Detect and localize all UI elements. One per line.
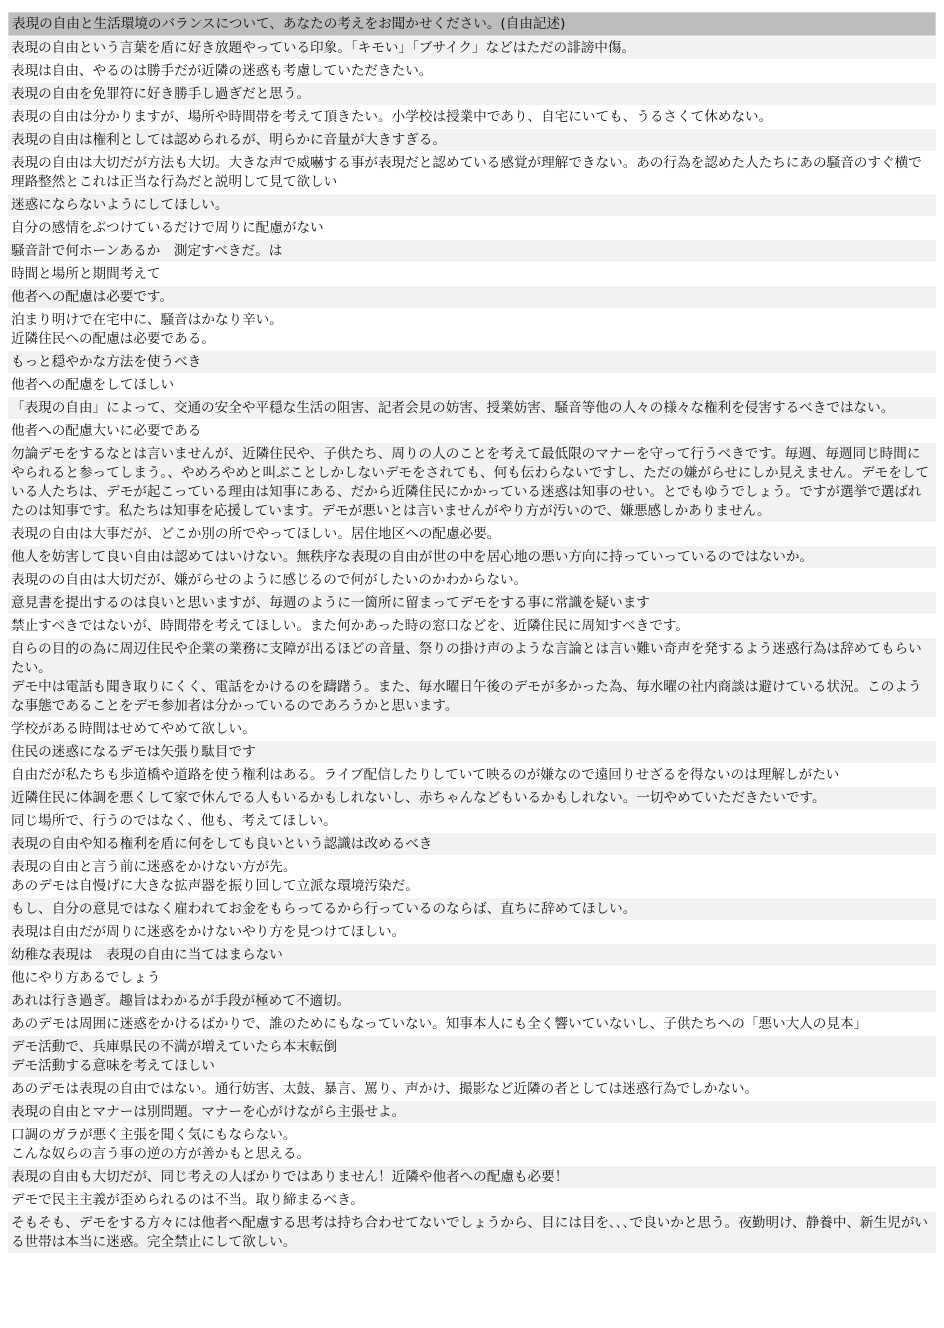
- table-row: 同じ場所で、行うのではなく、他も、考えてほしい。: [8, 809, 936, 832]
- table-row: 自らの目的の為に周辺住民や企業の業務に支障が出るほどの音量、祭りの掛け声のような…: [8, 637, 936, 717]
- table-row: 自分の感情をぶつけているだけで周りに配慮がない: [8, 216, 936, 239]
- table-row: あのデモは表現の自由ではない。通行妨害、太鼓、暴言、罵り、声かけ、撮影など近隣の…: [8, 1077, 936, 1100]
- table-row: 禁止すべきではないが、時間帯を考えてほしい。また何かあった時の窓口などを、近隣住…: [8, 614, 936, 637]
- table-row: 表現の自由は分かりますが、場所や時間帯を考えて頂きたい。小学校は授業中であり、自…: [8, 105, 936, 128]
- table-row: 他にやり方あるでしょう: [8, 966, 936, 989]
- table-header: 表現の自由と生活環境のバランスについて、あなたの考えをお聞かせください。(自由記…: [8, 12, 936, 36]
- table-row: 他人を妨害して良い自由は認めてはいけない。無秩序な表現の自由が世の中を居心地の悪…: [8, 545, 936, 568]
- table-row: 「表現の自由」によって、交通の安全や平穏な生活の阻害、記者会見の妨害、授業妨害、…: [8, 396, 936, 419]
- table-row: 騒音計で何ホーンあるか 測定すべきだ。は: [8, 239, 936, 262]
- table-row: 自由だが私たちも歩道橋や道路を使う権利はある。ライブ配信したりしていて映るのが嫌…: [8, 763, 936, 786]
- table-row: あれは行き過ぎ。趣旨はわかるが手段が極めて不適切。: [8, 989, 936, 1012]
- table-row: 表現の自由と言う前に迷惑をかけない方が先。 あのデモは自慢げに大きな拡声器を振り…: [8, 855, 936, 897]
- table-row: 表現の自由という言葉を盾に好き放題やっている印象。「キモい」「ブサイク」などはた…: [8, 36, 936, 59]
- table-row: 表現のの自由は大切だが、嫌がらせのように感じるので何がしたいのかわからない。: [8, 568, 936, 591]
- table-row: 表現の自由は大切だが方法も大切。大きな声で威嚇する事が表現だと認めている感覚が理…: [8, 151, 936, 193]
- table-row: そもそも、デモをする方々には他者へ配慮する思考は持ち合わせてないでしょうから、目…: [8, 1211, 936, 1253]
- table-row: あのデモは周囲に迷惑をかけるばかりで、誰のためにもなっていない。知事本人にも全く…: [8, 1012, 936, 1035]
- table-row: 迷惑にならないようにしてほしい。: [8, 193, 936, 216]
- table-row: 表現は自由、やるのは勝手だが近隣の迷惑も考慮していただきたい。: [8, 59, 936, 82]
- table-row: もし、自分の意見ではなく雇われてお金をもらってるから行っているのならば、直ちに辞…: [8, 897, 936, 920]
- table-row: 泊まり明けで在宅中に、騒音はかなり辛い。 近隣住民への配慮は必要である。: [8, 308, 936, 350]
- table-row: 他者への配慮をしてほしい: [8, 373, 936, 396]
- survey-responses-table: 表現の自由と生活環境のバランスについて、あなたの考えをお聞かせください。(自由記…: [8, 12, 936, 1253]
- table-row: デモ活動で、兵庫県民の不満が増えていたら本末転倒 デモ活動する意味を考えてほしい: [8, 1035, 936, 1077]
- table-row: 表現の自由を免罪符に好き勝手し過ぎだと思う。: [8, 82, 936, 105]
- table-row: 表現の自由や知る権利を盾に何をしても良いという認識は改めるべき: [8, 832, 936, 855]
- table-row: 学校がある時間はせめてやめて欲しい。: [8, 717, 936, 740]
- table-row: 近隣住民に体調を悪くして家で休んでる人もいるかもしれないし、赤ちゃんなどもいるか…: [8, 786, 936, 809]
- table-row: 口調のガラが悪く主張を聞く気にもならない。 こんな奴らの言う事の逆の方が善かもと…: [8, 1123, 936, 1165]
- table-row: 住民の迷惑になるデモは矢張り駄目です: [8, 740, 936, 763]
- table-row: 意見書を提出するのは良いと思いますが、毎週のように一箇所に留まってデモをする事に…: [8, 591, 936, 614]
- table-row: もっと穏やかな方法を使うべき: [8, 350, 936, 373]
- table-row: 幼稚な表現は 表現の自由に当てはまらない: [8, 943, 936, 966]
- table-row: 表現の自由は大事だが、どこか別の所でやってほしい。居住地区への配慮必要。: [8, 522, 936, 545]
- table-row: 表現の自由は権利としては認められるが、明らかに音量が大きすぎる。: [8, 128, 936, 151]
- table-row: 表現の自由も大切だが、同じ考えの人ばかりではありません！近隣や他者への配慮も必要…: [8, 1165, 936, 1188]
- table-row: 他者への配慮は必要です。: [8, 285, 936, 308]
- table-body: 表現の自由という言葉を盾に好き放題やっている印象。「キモい」「ブサイク」などはた…: [8, 36, 936, 1253]
- table-row: 表現は自由だが周りに迷惑をかけないやり方を見つけてほしい。: [8, 920, 936, 943]
- table-row: 他者への配慮大いに必要である: [8, 419, 936, 442]
- table-row: デモで民主主義が歪められるのは不当。取り締まるべき。: [8, 1188, 936, 1211]
- table-row: 時間と場所と期間考えて: [8, 262, 936, 285]
- table-row: 表現の自由とマナーは別問題。マナーを心がけながら主張せよ。: [8, 1100, 936, 1123]
- table-row: 勿論デモをするなとは言いませんが、近隣住民や、子供たち、周りの人のことを考えて最…: [8, 442, 936, 522]
